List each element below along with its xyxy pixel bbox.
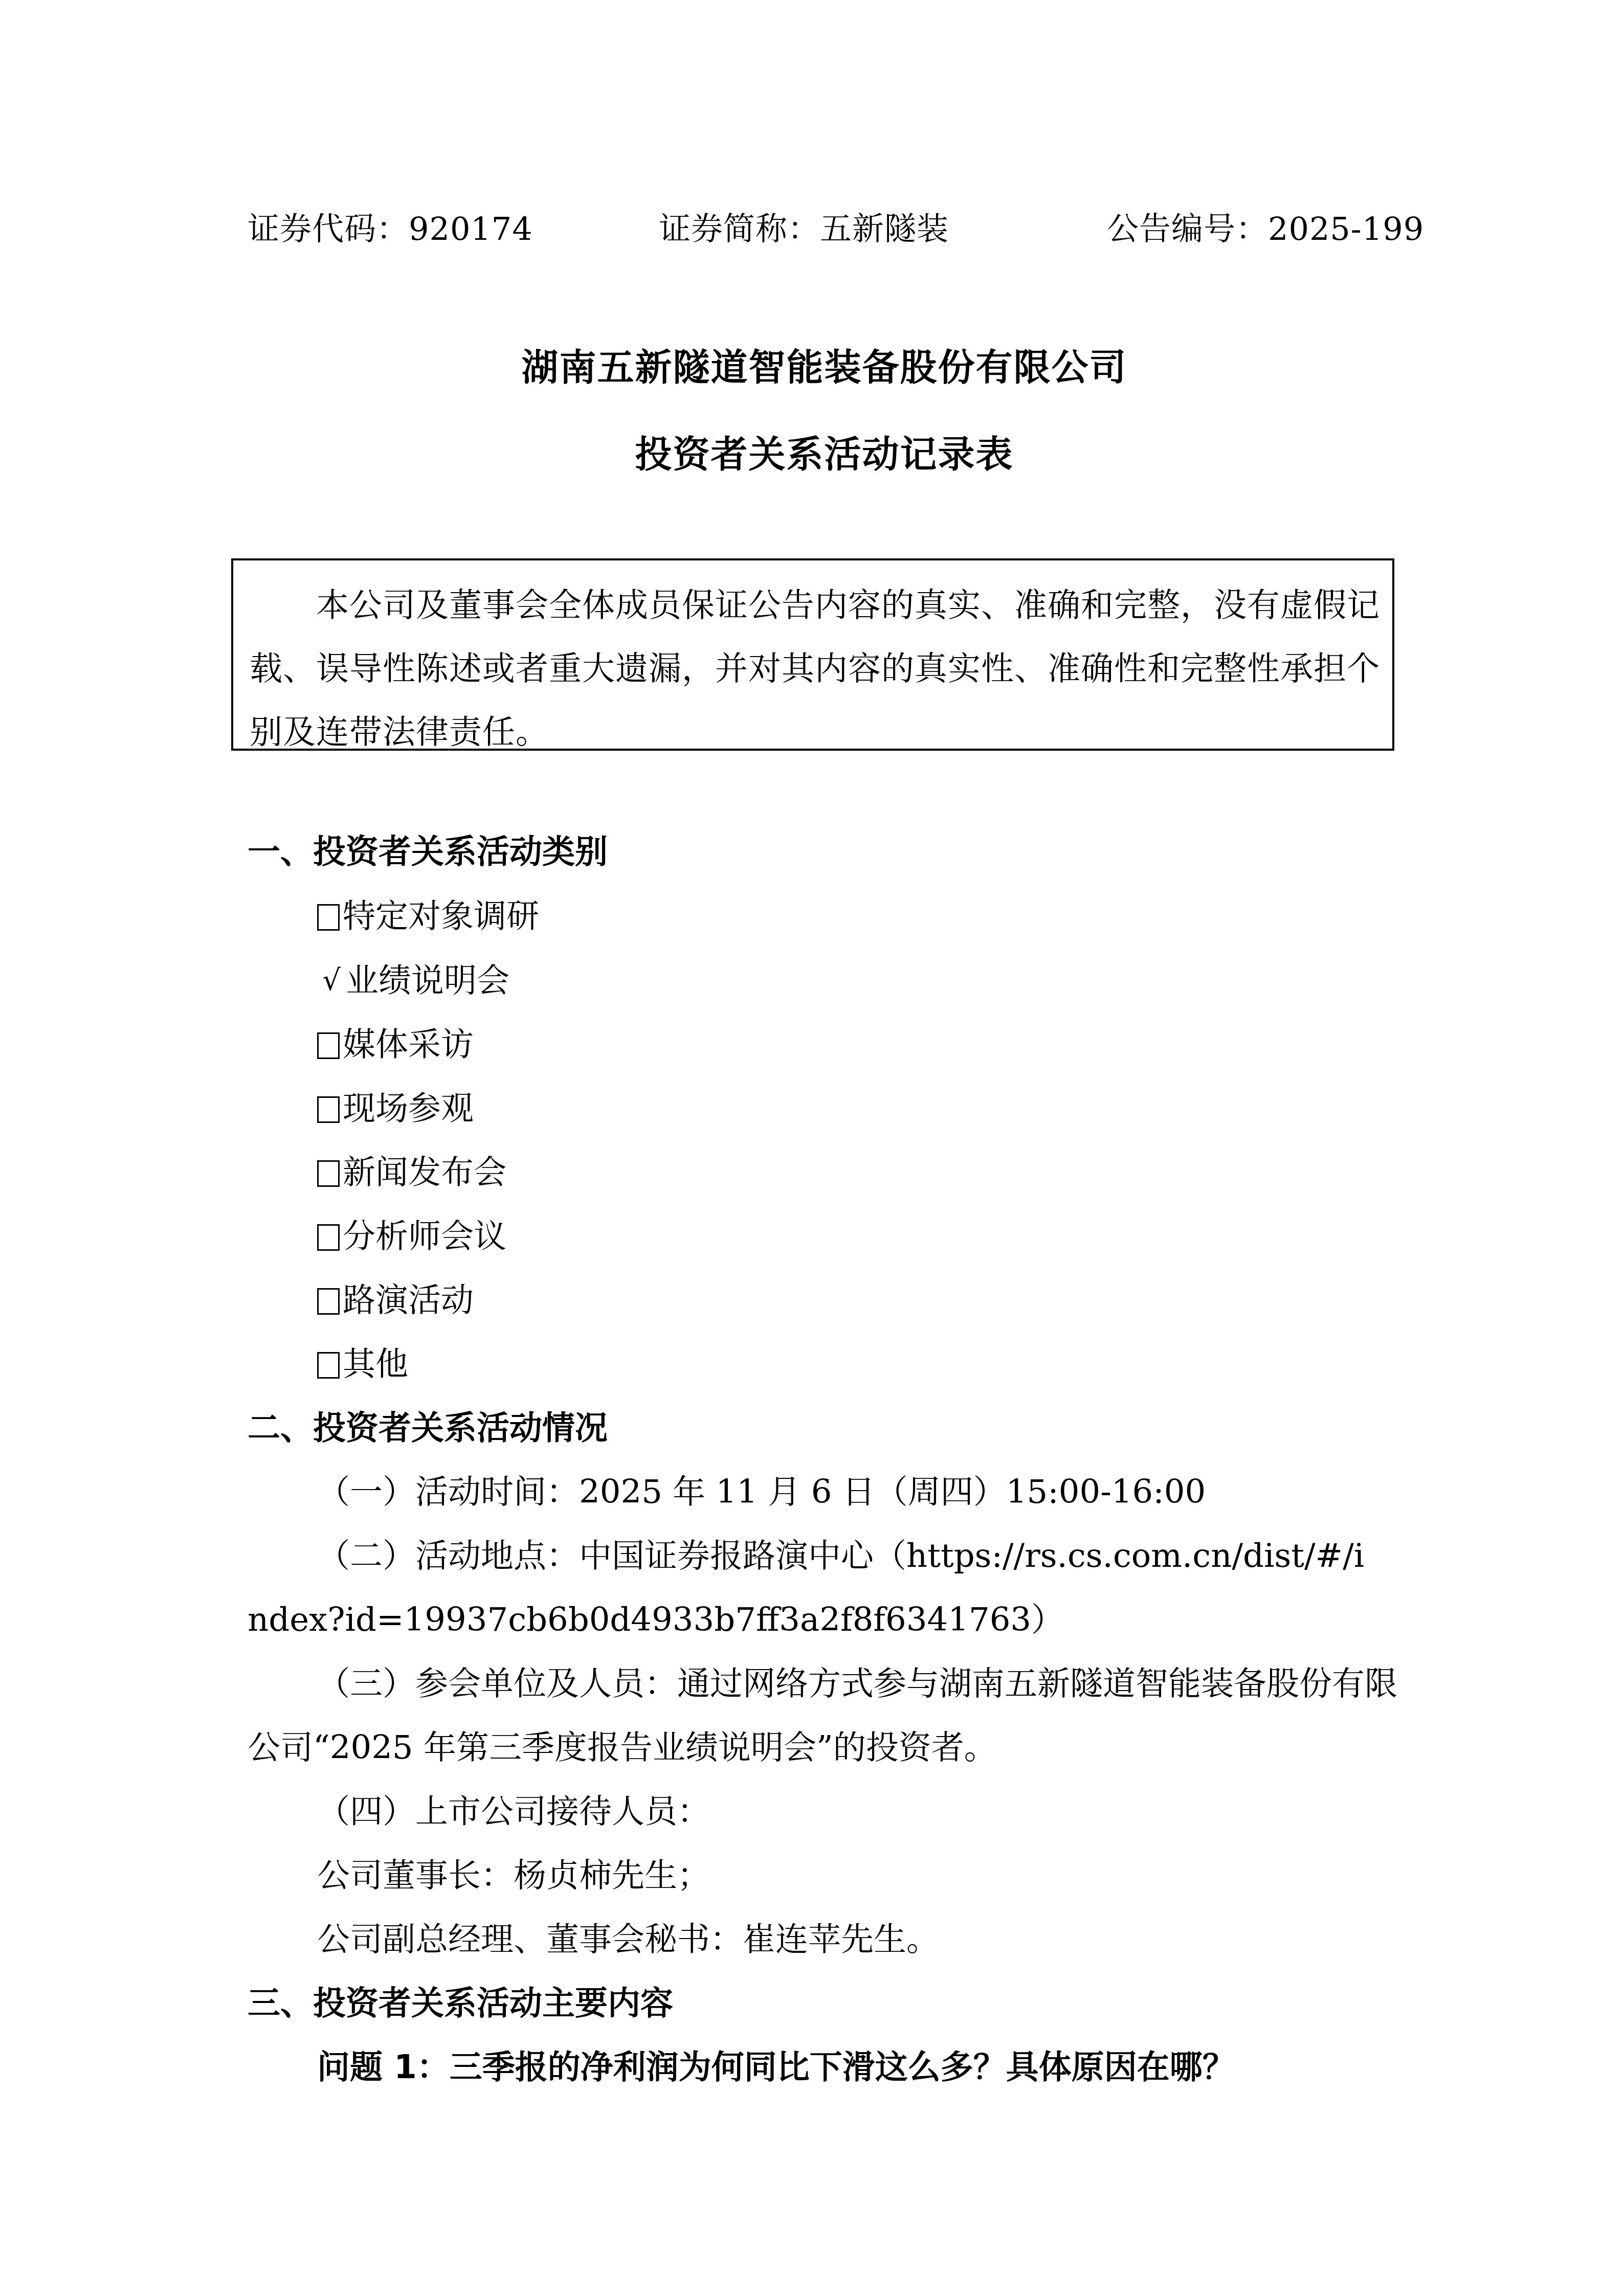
- reception-chairman: 公司董事长：杨贞柿先生；: [317, 1855, 710, 1896]
- reception-secretary: 公司副总经理、董事会秘书：崔连苹先生。: [317, 1919, 939, 1960]
- section-2-heading: 二、投资者关系活动情况: [248, 1408, 608, 1449]
- checkbox-empty-icon: [317, 1288, 340, 1315]
- checkbox-empty-icon: [317, 1224, 340, 1251]
- checkbox-empty-icon: [317, 904, 340, 931]
- checkbox-empty-icon: [317, 1032, 340, 1059]
- participants: （三）参会单位及人员：通过网络方式参与湖南五新隧道智能装备股份有限: [317, 1663, 1397, 1704]
- option-analyst-meeting: 分析师会议: [317, 1216, 506, 1257]
- option-label: 现场参观: [343, 1088, 474, 1129]
- section-3-heading: 三、投资者关系活动主要内容: [248, 1983, 673, 2024]
- company-title: 湖南五新隧道智能装备股份有限公司: [12, 342, 1624, 393]
- option-media-interview: 媒体采访: [317, 1024, 474, 1065]
- question-1: 问题 1：三季报的净利润为何同比下滑这么多？具体原因在哪？: [317, 2047, 1235, 2088]
- option-site-visit: 现场参观: [317, 1088, 474, 1129]
- disclaimer-box: 本公司及董事会全体成员保证公告内容的真实、准确和完整，没有虚假记载、误导性陈述或…: [231, 558, 1394, 751]
- option-label: 路演活动: [343, 1280, 474, 1321]
- option-label: 特定对象调研: [343, 896, 539, 937]
- section-1-heading: 一、投资者关系活动类别: [248, 831, 608, 872]
- option-label: 其他: [343, 1344, 408, 1385]
- option-roadshow: 路演活动: [317, 1280, 474, 1321]
- option-label: 媒体采访: [343, 1024, 474, 1065]
- checkmark-icon: √: [317, 960, 346, 1001]
- disclaimer-text: 本公司及董事会全体成员保证公告内容的真实、准确和完整，没有虚假记载、误导性陈述或…: [250, 574, 1380, 764]
- stock-code: 证券代码：920174: [248, 209, 533, 250]
- participants-cont: 公司“2025 年第三季度报告业绩说明会”的投资者。: [248, 1727, 997, 1768]
- activity-location-url-cont: ndex?id=19937cb6b0d4933b7ff3a2f8f6341763…: [248, 1600, 1064, 1640]
- activity-location: （二）活动地点：中国证券报路演中心（https://rs.cs.com.cn/d…: [317, 1536, 1364, 1577]
- document-page: 证券代码：920174 证券简称：五新隧装 公告编号：2025-199 湖南五新…: [0, 0, 1624, 2296]
- activity-time: （一）活动时间：2025 年 11 月 6 日（周四）15:00-16:00: [317, 1472, 1206, 1513]
- option-label: 业绩说明会: [346, 960, 509, 1001]
- document-title: 投资者关系活动记录表: [12, 429, 1624, 480]
- option-specific-research: 特定对象调研: [317, 896, 539, 937]
- announcement-number: 公告编号：2025-199: [1107, 209, 1424, 250]
- checkbox-empty-icon: [317, 1352, 340, 1379]
- stock-short-name: 证券简称：五新隧装: [659, 209, 949, 250]
- option-label: 新闻发布会: [343, 1152, 506, 1193]
- option-press-conference: 新闻发布会: [317, 1152, 506, 1193]
- option-other: 其他: [317, 1344, 408, 1385]
- checkbox-empty-icon: [317, 1096, 340, 1123]
- reception-heading: （四）上市公司接待人员：: [317, 1791, 710, 1832]
- option-label: 分析师会议: [343, 1216, 506, 1257]
- checkbox-empty-icon: [317, 1160, 340, 1187]
- option-earnings-briefing: √ 业绩说明会: [317, 960, 509, 1001]
